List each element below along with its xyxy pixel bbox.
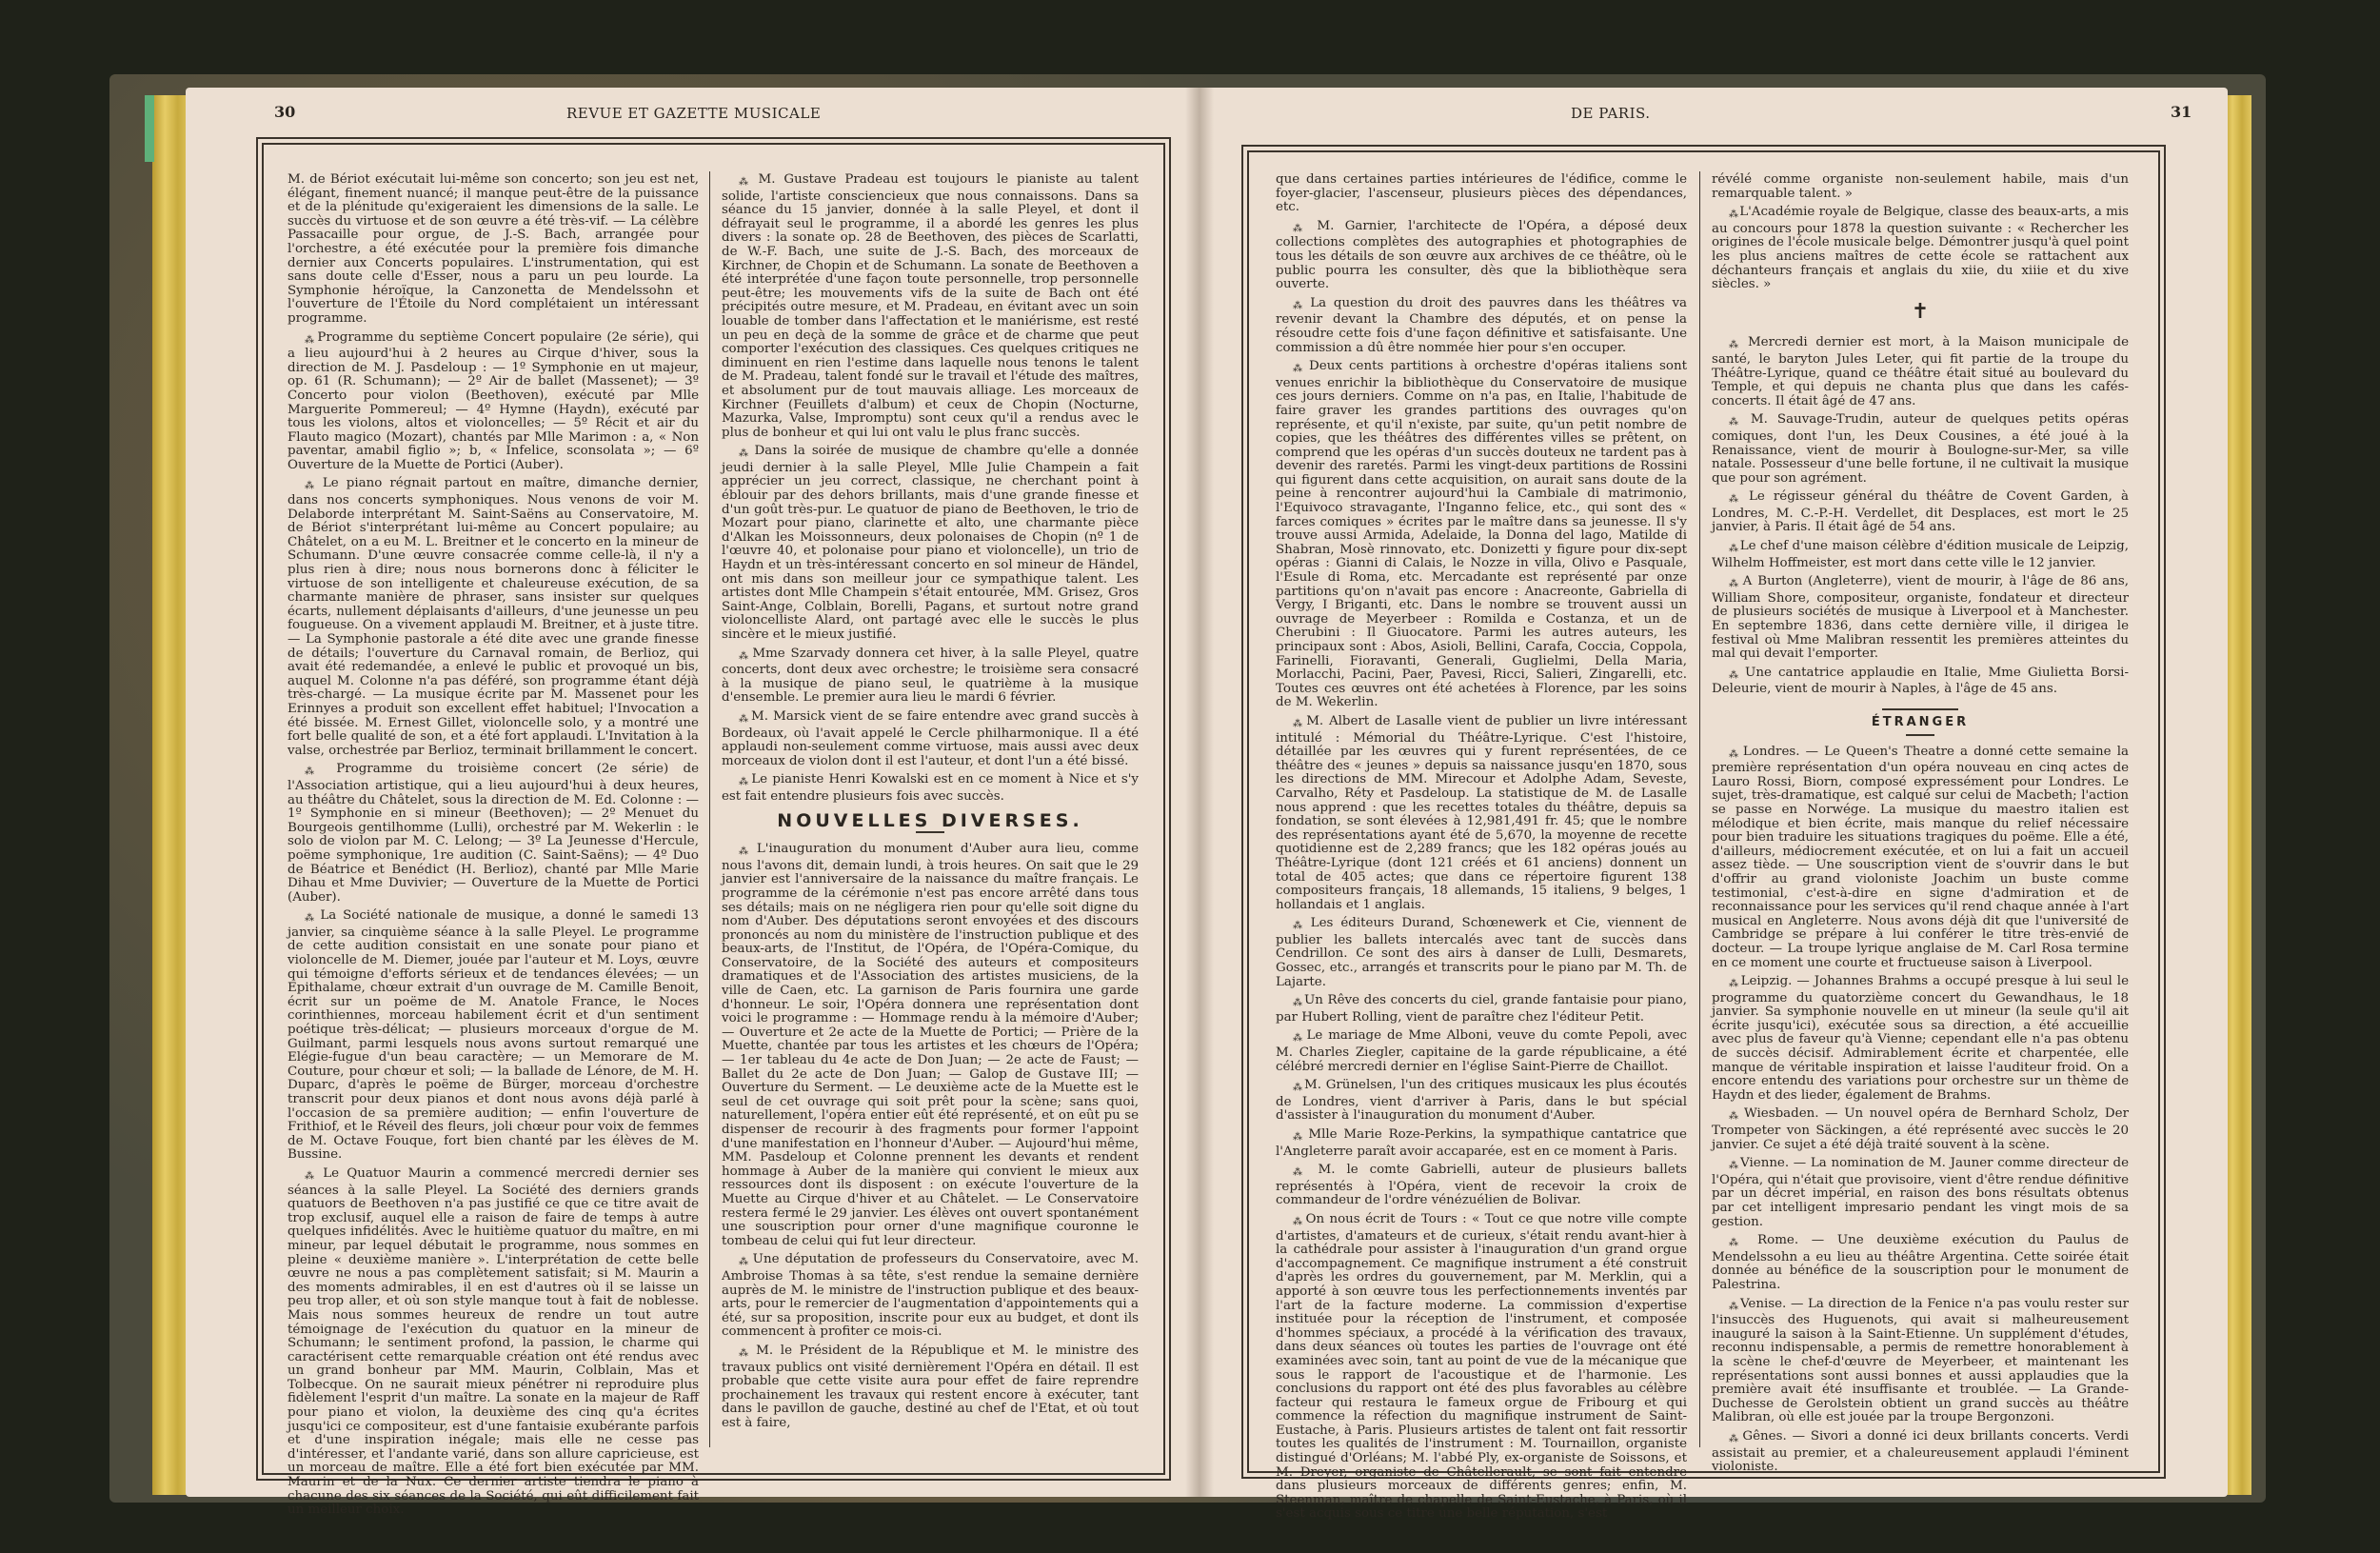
article-paragraph: ⁂ Le piano régnait partout en maître, di… [288, 477, 699, 758]
article-paragraph: ⁂ Venise. — La direction de la Fenice n'… [1712, 1298, 2129, 1425]
article-paragraph: ⁂ On nous écrit de Tours : « Tout ce que… [1276, 1213, 1687, 1522]
paragraph-text: Une cantatrice applaudie en Italie, Mme … [1712, 666, 2129, 697]
article-paragraph: ⁂ L'inauguration du monument d'Auber aur… [722, 843, 1139, 1248]
page-edges-left [152, 95, 190, 1495]
article-paragraph: ⁂ L'Académie royale de Belgique, classe … [1712, 206, 2129, 292]
article-paragraph: ⁂ A Burton (Angleterre), vient de mourir… [1712, 575, 2129, 662]
article-paragraph: ⁂ Programme du troisième concert (2e sér… [288, 763, 699, 905]
paragraph-text: Mme Szarvady donnera cet hiver, à la sal… [722, 647, 1139, 706]
article-paragraph: ⁂ Mlle Marie Roze-Perkins, la sympathiqu… [1276, 1128, 1687, 1159]
paragraph-text: Le pianiste Henri Kowalski est en ce mom… [722, 772, 1139, 804]
asterism-icon: ⁂ [305, 335, 317, 346]
paragraph-text: Mlle Marie Roze-Perkins, la sympathique … [1276, 1127, 1687, 1159]
paragraph-text: Le chef d'une maison célèbre d'édition m… [1712, 539, 2129, 570]
article-paragraph: ⁂ Mme Szarvady donnera cet hiver, à la s… [722, 647, 1139, 706]
asterism-icon: ⁂ [1729, 1302, 1740, 1312]
column-divider-right [1699, 171, 1700, 1447]
paragraph-text: Wiesbaden. — Un nouvel opéra de Bernhard… [1712, 1106, 2129, 1151]
paragraph-text: Le piano régnait partout en maître, dima… [288, 476, 699, 757]
column-divider-left [709, 171, 710, 1447]
article-paragraph: ⁂ Le Quatuor Maurin a commencé mercredi … [288, 1167, 699, 1518]
section-title-etranger: ÉTRANGER [1712, 716, 2129, 730]
asterism-icon: ⁂ [305, 1171, 323, 1182]
article-paragraph: ⁂ Deux cents partitions à orchestre d'op… [1276, 360, 1687, 710]
asterism-icon: ⁂ [1729, 579, 1743, 589]
paragraph-text: M. Albert de Lasalle vient de publier un… [1276, 714, 1687, 912]
article-paragraph: ⁂ Vienne. — La nomination de M. Jauner c… [1712, 1157, 2129, 1229]
article-paragraph: ⁂ Le chef d'une maison célèbre d'édition… [1712, 540, 2129, 570]
paragraph-text: Programme du troisième concert (2e série… [288, 762, 699, 904]
book-gutter [1185, 88, 1214, 1497]
article-paragraph: ⁂ Les éditeurs Durand, Schœnewerk et Cie… [1276, 917, 1687, 989]
right-page-column-2: révélé comme organiste non-seulement hab… [1712, 173, 2129, 1480]
paragraph-text: M. Gustave Pradeau est toujours le piani… [722, 172, 1139, 440]
article-paragraph: ⁂ Rome. — Une deuxième exécution du Paul… [1712, 1234, 2129, 1292]
asterism-icon: ⁂ [1293, 998, 1304, 1008]
asterism-icon: ⁂ [1729, 1161, 1740, 1171]
article-paragraph: ⁂ Une cantatrice applaudie en Italie, Mm… [1712, 667, 2129, 697]
article-paragraph: ⁂ La question du droit des pauvres dans … [1276, 297, 1687, 355]
article-paragraph: ⁂ Le pianiste Henri Kowalski est en ce m… [722, 773, 1139, 804]
page-number-left: 30 [274, 103, 295, 121]
paragraph-text: M. Marsick vient de se faire entendre av… [722, 709, 1139, 768]
paragraph-text: Rome. — Une deuxième exécution du Paulus… [1712, 1233, 2129, 1292]
article-paragraph: que dans certaines parties intérieures d… [1276, 173, 1687, 215]
article-paragraph: M. de Bériot exécutait lui-même son conc… [288, 173, 699, 327]
asterism-icon: ⁂ [1293, 921, 1311, 931]
paragraph-text: Un Rêve des concerts du ciel, grande fan… [1276, 993, 1687, 1025]
asterism-icon: ⁂ [1293, 224, 1317, 234]
running-head-right: DE PARIS. [1571, 105, 1651, 122]
asterism-icon: ⁂ [739, 651, 752, 662]
left-page-column-2: ⁂ M. Gustave Pradeau est toujours le pia… [722, 173, 1139, 1435]
asterism-icon: ⁂ [1729, 1434, 1742, 1444]
page-number-right: 31 [2171, 103, 2192, 121]
asterism-icon: ⁂ [1293, 1033, 1306, 1044]
section-dash [916, 831, 944, 833]
asterism-icon: ⁂ [1293, 1083, 1304, 1093]
paragraph-text: La question du droit des pauvres dans le… [1276, 296, 1687, 355]
asterism-icon: ⁂ [739, 777, 751, 787]
asterism-icon: ⁂ [1293, 1132, 1308, 1143]
asterism-icon: ⁂ [1293, 1217, 1305, 1227]
asterism-icon: ⁂ [1293, 1167, 1319, 1178]
paragraph-text: L'inauguration du monument d'Auber aura … [722, 842, 1139, 1248]
asterism-icon: ⁂ [1729, 979, 1741, 989]
asterism-icon: ⁂ [1293, 364, 1309, 374]
article-paragraph: ⁂ M. Albert de Lasalle vient de publier … [1276, 715, 1687, 912]
paragraph-text: Mercredi dernier est mort, à la Maison m… [1712, 335, 2129, 408]
article-paragraph: ⁂ La Société nationale de musique, a don… [288, 909, 699, 1163]
asterism-icon: ⁂ [1729, 494, 1749, 505]
paragraph-text: M. le comte Gabrielli, auteur de plusieu… [1276, 1163, 1687, 1207]
section-rule [1882, 708, 1958, 710]
paragraph-text: L'Académie royale de Belgique, classe de… [1712, 205, 2129, 291]
article-paragraph: ⁂ M. le comte Gabrielli, auteur de plusi… [1276, 1164, 1687, 1208]
paragraph-text: M. Garnier, l'architecte de l'Opéra, a d… [1276, 219, 1687, 291]
asterism-icon: ⁂ [1729, 670, 1745, 681]
asterism-icon: ⁂ [305, 481, 323, 491]
paragraph-text: M. de Bériot exécutait lui-même son conc… [288, 172, 699, 326]
article-paragraph: révélé comme organiste non-seulement hab… [1712, 173, 2129, 201]
paragraph-text: M. le Président de la République et M. l… [722, 1344, 1139, 1430]
article-paragraph: ⁂ M. Marsick vient de se faire entendre … [722, 710, 1139, 768]
article-paragraph: ⁂ Un Rêve des concerts du ciel, grande f… [1276, 994, 1687, 1025]
article-paragraph: ⁂ Une députation de professeurs du Conse… [722, 1253, 1139, 1340]
paragraph-text: M. Grünelsen, l'un des critiques musicau… [1276, 1078, 1687, 1123]
asterism-icon: ⁂ [1729, 749, 1743, 760]
paragraph-text: Le Quatuor Maurin a commencé mercredi de… [288, 1166, 699, 1517]
paragraph-text: Leipzig. — Johannes Brahms a occupé pres… [1712, 974, 2129, 1103]
section-title-nouvelles-diverses: NOUVELLES DIVERSES. [722, 814, 1139, 828]
asterism-icon: ⁂ [1729, 209, 1739, 220]
paragraph-text: M. Sauvage-Trudin, auteur de quelques pe… [1712, 412, 2129, 485]
paragraph-text: A Burton (Angleterre), vient de mourir, … [1712, 574, 2129, 661]
obituary-cross-icon: ✝ [1712, 306, 2129, 320]
asterism-icon: ⁂ [739, 177, 759, 188]
section-dash [1906, 734, 1934, 736]
article-paragraph: ⁂ Leipzig. — Johannes Brahms a occupé pr… [1712, 975, 2129, 1103]
article-paragraph: ⁂ Programme du septième Concert populair… [288, 331, 699, 473]
paragraph-text: Programme du septième Concert populaire … [288, 330, 699, 472]
article-paragraph: ⁂ Le régisseur général du théâtre de Cov… [1712, 490, 2129, 535]
paragraph-text: Londres. — Le Queen's Theatre a donné ce… [1712, 745, 2129, 970]
asterism-icon: ⁂ [1729, 340, 1748, 350]
article-paragraph: ⁂ Mercredi dernier est mort, à la Maison… [1712, 336, 2129, 408]
article-paragraph: ⁂ M. Sauvage-Trudin, auteur de quelques … [1712, 413, 2129, 486]
article-paragraph: ⁂ Le mariage de Mme Alboni, veuve du com… [1276, 1029, 1687, 1074]
asterism-icon: ⁂ [739, 1257, 753, 1267]
paragraph-text: révélé comme organiste non-seulement hab… [1712, 172, 2129, 201]
paragraph-text: Vienne. — La nomination de M. Jauner com… [1712, 1156, 2129, 1228]
asterism-icon: ⁂ [1729, 1238, 1757, 1248]
asterism-icon: ⁂ [739, 1348, 756, 1359]
asterism-icon: ⁂ [305, 913, 320, 924]
asterism-icon: ⁂ [739, 846, 757, 857]
asterism-icon: ⁂ [1729, 1111, 1744, 1122]
article-paragraph: ⁂ M. le Président de la République et M.… [722, 1344, 1139, 1431]
asterism-icon: ⁂ [305, 767, 336, 777]
paragraph-text: Les éditeurs Durand, Schœnewerk et Cie, … [1276, 916, 1687, 988]
paragraph-text: La Société nationale de musique, a donné… [288, 908, 699, 1162]
article-paragraph: ⁂ M. Garnier, l'architecte de l'Opéra, a… [1276, 220, 1687, 292]
asterism-icon: ⁂ [1293, 301, 1310, 311]
running-head-left: REVUE ET GAZETTE MUSICALE [566, 105, 821, 122]
asterism-icon: ⁂ [739, 448, 755, 459]
paragraph-text: Une députation de professeurs du Conserv… [722, 1252, 1139, 1339]
article-paragraph: ⁂ Wiesbaden. — Un nouvel opéra de Bernha… [1712, 1107, 2129, 1152]
article-paragraph: ⁂ M. Gustave Pradeau est toujours le pia… [722, 173, 1139, 440]
right-page-column-1: que dans certaines parties intérieures d… [1276, 173, 1687, 1526]
left-page-column-1: M. de Bériot exécutait lui-même son conc… [288, 173, 699, 1523]
green-bookmark-tab [145, 95, 154, 162]
asterism-icon: ⁂ [1729, 544, 1740, 554]
asterism-icon: ⁂ [1729, 417, 1751, 428]
paragraph-text: Venise. — La direction de la Fenice n'a … [1712, 1297, 2129, 1425]
paragraph-text: On nous écrit de Tours : « Tout ce que n… [1276, 1212, 1687, 1521]
asterism-icon: ⁂ [1293, 719, 1306, 729]
article-paragraph: ⁂ Gênes. — Sivori a donné ici deux brill… [1712, 1430, 2129, 1475]
article-paragraph: ⁂ Dans la soirée de musique de chambre q… [722, 445, 1139, 642]
paragraph-text: que dans certaines parties intérieures d… [1276, 172, 1687, 214]
article-paragraph: ⁂ M. Grünelsen, l'un des critiques music… [1276, 1079, 1687, 1124]
paragraph-text: Le régisseur général du théâtre de Coven… [1712, 489, 2129, 534]
article-paragraph: ⁂ Londres. — Le Queen's Theatre a donné … [1712, 746, 2129, 971]
paragraph-text: Gênes. — Sivori a donné ici deux brillan… [1712, 1429, 2129, 1474]
asterism-icon: ⁂ [739, 714, 751, 725]
paragraph-text: Deux cents partitions à orchestre d'opér… [1276, 359, 1687, 709]
paragraph-text: Le mariage de Mme Alboni, veuve du comte… [1276, 1028, 1687, 1073]
paragraph-text: Dans la soirée de musique de chambre qu'… [722, 444, 1139, 642]
